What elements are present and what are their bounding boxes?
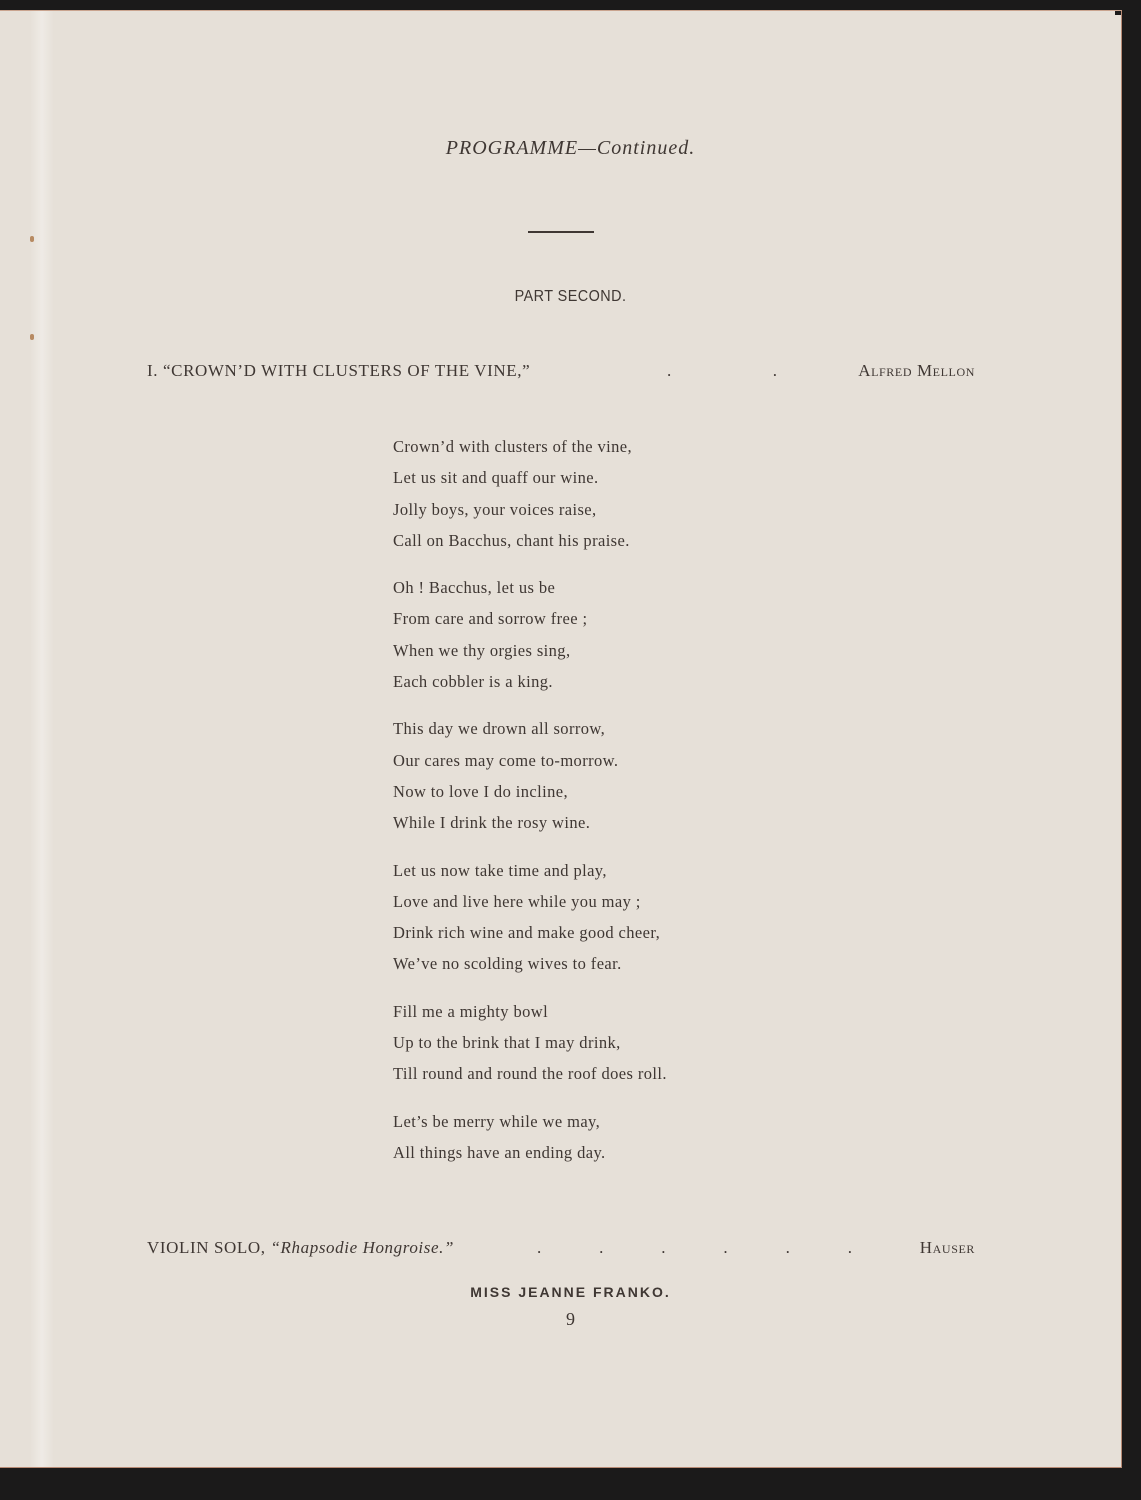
item-title-text: “CROWN’D WITH CLUSTERS OF THE VINE,” xyxy=(163,361,530,380)
page-corner xyxy=(1115,11,1121,15)
leader-dots: . . . . . . xyxy=(537,1238,852,1258)
staple-mark xyxy=(30,334,34,340)
performer-name: MISS JEANNE FRANKO. xyxy=(0,1284,1141,1300)
lyric-line: Oh ! Bacchus, let us be xyxy=(393,572,667,603)
lyric-line: Let us now take time and play, xyxy=(393,855,667,886)
lyric-line: Our cares may come to-morrow. xyxy=(393,745,667,776)
composer-name: Hauser xyxy=(920,1238,975,1258)
stanza: Fill me a mighty bowl Up to the brink th… xyxy=(393,996,667,1090)
item-title: I. “CROWN’D WITH CLUSTERS OF THE VINE,” xyxy=(147,361,530,381)
lyric-line: Let us sit and quaff our wine. xyxy=(393,462,667,493)
lyric-line: When we thy orgies sing, xyxy=(393,635,667,666)
lyric-line: Love and live here while you may ; xyxy=(393,886,667,917)
lyric-line: Drink rich wine and make good cheer, xyxy=(393,917,667,948)
lyric-line: All things have an ending day. xyxy=(393,1137,667,1168)
composer-name: Alfred Mellon xyxy=(858,361,975,381)
lyric-line: Each cobbler is a king. xyxy=(393,666,667,697)
lyric-line: From care and sorrow free ; xyxy=(393,603,667,634)
lyric-line: Call on Bacchus, chant his praise. xyxy=(393,525,667,556)
stanza: This day we drown all sorrow, Our cares … xyxy=(393,713,667,838)
staple-mark xyxy=(30,236,34,242)
lyric-line: Now to love I do incline, xyxy=(393,776,667,807)
leader-dots: . . xyxy=(667,361,777,381)
item-title: VIOLIN SOLO, “Rhapsodie Hongroise.” xyxy=(147,1238,454,1258)
stanza: Let’s be merry while we may, All things … xyxy=(393,1106,667,1169)
lyric-line: While I drink the rosy wine. xyxy=(393,807,667,838)
stanza: Let us now take time and play, Love and … xyxy=(393,855,667,980)
lyric-line: Till round and round the roof does roll. xyxy=(393,1058,667,1089)
divider-rule xyxy=(528,231,594,233)
item-title-italic: “Rhapsodie Hongroise.” xyxy=(271,1238,455,1257)
section-heading: PART SECOND. xyxy=(57,288,1084,306)
stanza: Crown’d with clusters of the vine, Let u… xyxy=(393,431,667,556)
item-number: I. xyxy=(147,361,158,380)
lyric-line: Fill me a mighty bowl xyxy=(393,996,667,1027)
lyric-line: We’ve no scolding wives to fear. xyxy=(393,948,667,979)
lyric-line: Jolly boys, your voices raise, xyxy=(393,494,667,525)
programme-page: PROGRAMME—Continued. PART SECOND. I. “CR… xyxy=(0,10,1122,1468)
item-title-prefix: VIOLIN SOLO, xyxy=(147,1238,266,1257)
lyric-line: This day we drown all sorrow, xyxy=(393,713,667,744)
page-title: PROGRAMME—Continued. xyxy=(0,137,1141,160)
lyric-line: Up to the brink that I may drink, xyxy=(393,1027,667,1058)
page-number: 9 xyxy=(0,1309,1141,1330)
lyric-line: Let’s be merry while we may, xyxy=(393,1106,667,1137)
lyric-line: Crown’d with clusters of the vine, xyxy=(393,431,667,462)
stanza: Oh ! Bacchus, let us be From care and so… xyxy=(393,572,667,697)
lyrics-block: Crown’d with clusters of the vine, Let u… xyxy=(393,431,667,1184)
